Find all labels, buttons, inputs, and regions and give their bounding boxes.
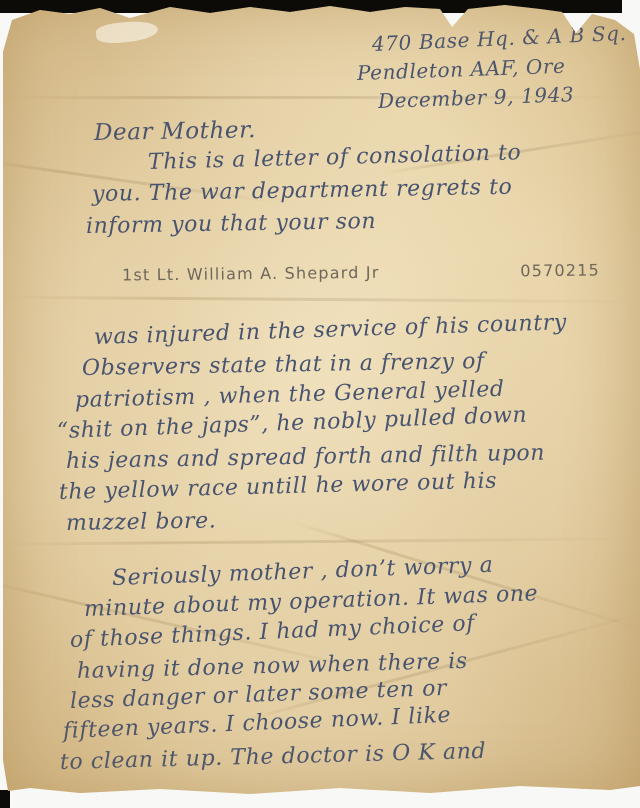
heading-station: Pendleton AAF, Ore xyxy=(357,54,566,85)
intro-line: you. The war department regrets to xyxy=(92,175,513,207)
body-line: was injured in the service of his countr… xyxy=(94,310,568,350)
heading-date: December 9, 1943 xyxy=(378,82,575,113)
service-member-name: 1st Lt. William A. Shepard Jr xyxy=(122,263,380,285)
intro-line: inform you that your son xyxy=(86,209,377,239)
body-line: Observers state that in a frenzy of xyxy=(82,349,485,381)
closing-line: to clean it up. The doctor is O K and xyxy=(60,739,487,775)
body-line: muzzel bore. xyxy=(66,508,217,536)
salutation: Dear Mother. xyxy=(94,117,257,146)
scanned-letter-page: 470 Base Hq. & A B Sq. Pendleton AAF, Or… xyxy=(0,0,640,808)
heading-unit: 470 Base Hq. & A B Sq. xyxy=(371,21,626,56)
letter-paper: 470 Base Hq. & A B Sq. Pendleton AAF, Or… xyxy=(0,0,640,800)
service-member-serial: 0570215 xyxy=(520,260,600,280)
intro-line: This is a letter of consolation to xyxy=(148,140,522,175)
torn-edge-patch xyxy=(95,19,159,45)
service-member-line: 1st Lt. William A. Shepard Jr 0570215 xyxy=(122,260,600,284)
body-line: the yellow race untill he wore out his xyxy=(59,469,498,505)
scan-backdrop-corner xyxy=(0,790,10,808)
